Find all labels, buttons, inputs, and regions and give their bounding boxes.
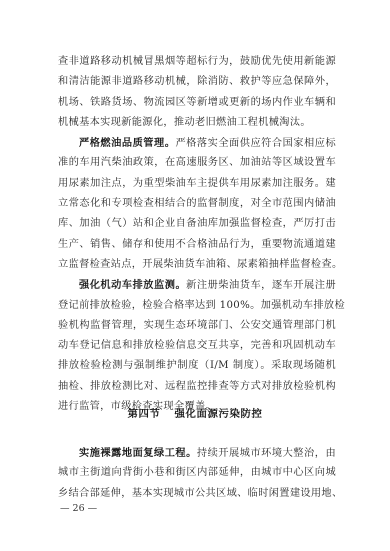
section-number: 第四节 (128, 408, 161, 420)
text-line: 用尿素加注点，为重型柴油车主提供车用尿素加注服务。建 (58, 174, 336, 194)
text-line: 机场、铁路货场、物流园区等新增或更新的场内作业车辆和 (58, 93, 336, 113)
paragraph-bare-ground-greening: 实施裸露地面复绿工程。持续开展城市环境大整治，由 城市主街道向背街小巷和街区内部… (58, 443, 336, 504)
text-line: 查非道路移动机械冒黑烟等超标行为，鼓励优先使用新能源 (58, 52, 336, 72)
text-span: 严格落实全面供应符合国家相应标 (175, 138, 336, 149)
text-line: 立监督检查站点，开展柴油货车油箱、尿素箱抽样监督检查。 (58, 255, 336, 275)
text-line: 强化机动车排放监测。新注册柴油货车，逐车开展注册 (58, 275, 336, 295)
text-line: 生产、销售、储存和使用不合格油品行为，重要物流通道建 (58, 235, 336, 255)
text-span: 新注册柴油货车，逐车开展注册 (186, 280, 336, 291)
page-number: — 26 — (60, 503, 97, 514)
text-line: 验机构监督管理，实现生态环境部门、公安交通管理部门机 (58, 316, 336, 336)
text-line: 机械基本实现新能源化，推动老旧燃油工程机械淘汰。 (58, 113, 336, 133)
text-line: 和清洁能源非道路移动机械，除消防、救护等应急保障外， (58, 72, 336, 92)
text-line: 登记前排放检验，检验合格率达到 100%。加强机动车排放检 (58, 296, 336, 316)
text-line: 严格燃油品质管理。严格落实全面供应符合国家相应标 (58, 133, 336, 153)
text-line: 排放检验检测与强制维护制度（I/M 制度）。采取现场随机 (58, 356, 336, 376)
paragraph-vehicle-emission: 强化机动车排放监测。新注册柴油货车，逐车开展注册 登记前排放检验，检验合格率达到… (58, 275, 336, 417)
text-span: 持续开展城市环境大整治，由 (197, 448, 336, 459)
text-line: 库、加油（气）站和企业自备油库加强监督检查，严厉打击 (58, 214, 336, 234)
section-title: 强化面源污染防控 (175, 408, 263, 420)
text-line: 实施裸露地面复绿工程。持续开展城市环境大整治，由 (58, 443, 336, 463)
paragraph-non-road-machinery: 查非道路移动机械冒黑烟等超标行为，鼓励优先使用新能源 和清洁能源非道路移动机械，… (58, 52, 336, 133)
section-heading: 第四节强化面源污染防控 (0, 405, 390, 420)
paragraph-fuel-quality: 严格燃油品质管理。严格落实全面供应符合国家相应标 准的车用汽柴油政策，在高速服务… (58, 133, 336, 275)
paragraph-lead-bold: 实施裸露地面复绿工程。 (79, 447, 197, 459)
text-line: 动车登记信息和排放检验信息交互共享，完善和巩固机动车 (58, 336, 336, 356)
paragraph-lead-bold: 强化机动车排放监测。 (79, 279, 186, 291)
paragraph-lead-bold: 严格燃油品质管理。 (79, 137, 175, 149)
text-line: 立常态化和专项检查相结合的监督制度，对全市范围内储油 (58, 194, 336, 214)
document-body: 查非道路移动机械冒黑烟等超标行为，鼓励优先使用新能源 和清洁能源非道路移动机械，… (58, 52, 336, 417)
text-line: 城市主街道向背街小巷和街区内部延伸，由城市中心区向城 (58, 463, 336, 483)
text-line: 准的车用汽柴油政策，在高速服务区、加油站等区域设置车 (58, 153, 336, 173)
text-line: 乡结合部延伸，基本实现城市公共区域、临时闲置建设用地、 (58, 484, 336, 504)
text-line: 抽检、排放检测比对、远程监控排查等方式对排放检验机构 (58, 377, 336, 397)
